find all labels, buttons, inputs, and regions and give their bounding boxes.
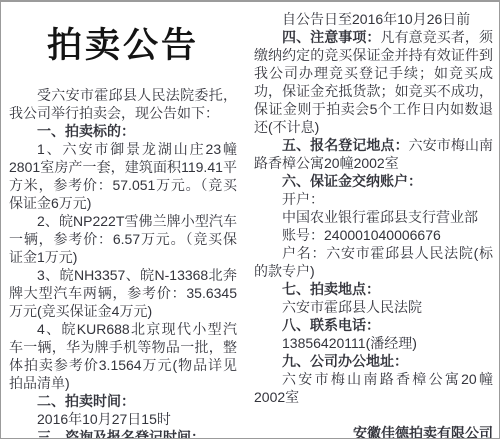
left-paragraphs: 受六安市霍邱县人民法院委托，我公司举行拍卖会，现公告如下：一、拍卖标的：1、六安… [9, 86, 237, 439]
section-6-heading: 六、保证金交纳账户： [254, 172, 493, 190]
lot-1: 1、六安市御景龙湖山庄23幢2801室房产一套，建筑面积119.41平方米，参考… [9, 140, 237, 212]
page-title: 拍卖公告 [9, 26, 237, 66]
section-8-heading: 八、联系电话： [254, 316, 493, 334]
office-address: 六安市梅山南路香樟公寓20幢2002室 [254, 370, 493, 406]
right-column: 自公告日至2016年10月26日前四、注意事项：凡有意竞买者，须缴纳约定的竞买保… [254, 10, 493, 434]
section-3-heading: 三、咨询及报名登记时间： [9, 428, 237, 439]
auction-announcement-page: 拍卖公告 受六安市霍邱县人民法院委托，我公司举行拍卖会，现公告如下：一、拍卖标的… [0, 0, 500, 439]
section-1-heading: 一、拍卖标的： [9, 122, 237, 140]
section-2-heading: 二、拍卖时间： [9, 392, 237, 410]
lot-3: 3、皖NH3357、皖N-13368北奔牌大型汽车两辆，参考价：35.6345万… [9, 266, 237, 320]
intro-paragraph: 受六安市霍邱县人民法院委托，我公司举行拍卖会，现公告如下： [9, 86, 237, 122]
contact-phone: 13856420111(潘经理) [254, 334, 493, 352]
lot-4: 4、皖KUR688北京现代小型汽车一辆，华为牌手机等物品一批，整体拍卖参考价3.… [9, 320, 237, 392]
auction-time: 2016年10月27日15时 [9, 410, 237, 428]
left-column: 拍卖公告 受六安市霍邱县人民法院委托，我公司举行拍卖会，现公告如下：一、拍卖标的… [9, 10, 237, 434]
section-7-heading: 七、拍卖地点： [254, 280, 493, 298]
company-signature: 安徽佳德拍卖有限公司 [254, 424, 493, 439]
registration-deadline: 自公告日至2016年10月26日前 [254, 10, 493, 28]
right-paragraphs: 自公告日至2016年10月26日前四、注意事项：凡有意竞买者，须缴纳约定的竞买保… [254, 10, 493, 439]
auction-location: 六安市霍邱县人民法院 [254, 298, 493, 316]
section-9-heading: 九、公司办公地址： [254, 352, 493, 370]
lot-2: 2、皖NP222T雪佛兰牌小型汽车一辆，参考价：6.57万元。（竞买保证金1万元… [9, 212, 237, 266]
account-number: 账号：240001040006676 [254, 226, 493, 244]
account-name: 户名：六安市霍邱县人民法院(标的款专户) [254, 244, 493, 280]
section-4-notice: 四、注意事项：凡有意竞买者，须缴纳约定的竞买保证金并持有效证件到我公司办理竞买登… [254, 28, 493, 136]
account-bank: 中国农业银行霍邱县支行营业部 [254, 208, 493, 226]
account-holder-label: 开户： [254, 190, 493, 208]
section-5-registration-location: 五、报名登记地点：六安市梅山南路香樟公寓20幢2002室 [254, 136, 493, 172]
